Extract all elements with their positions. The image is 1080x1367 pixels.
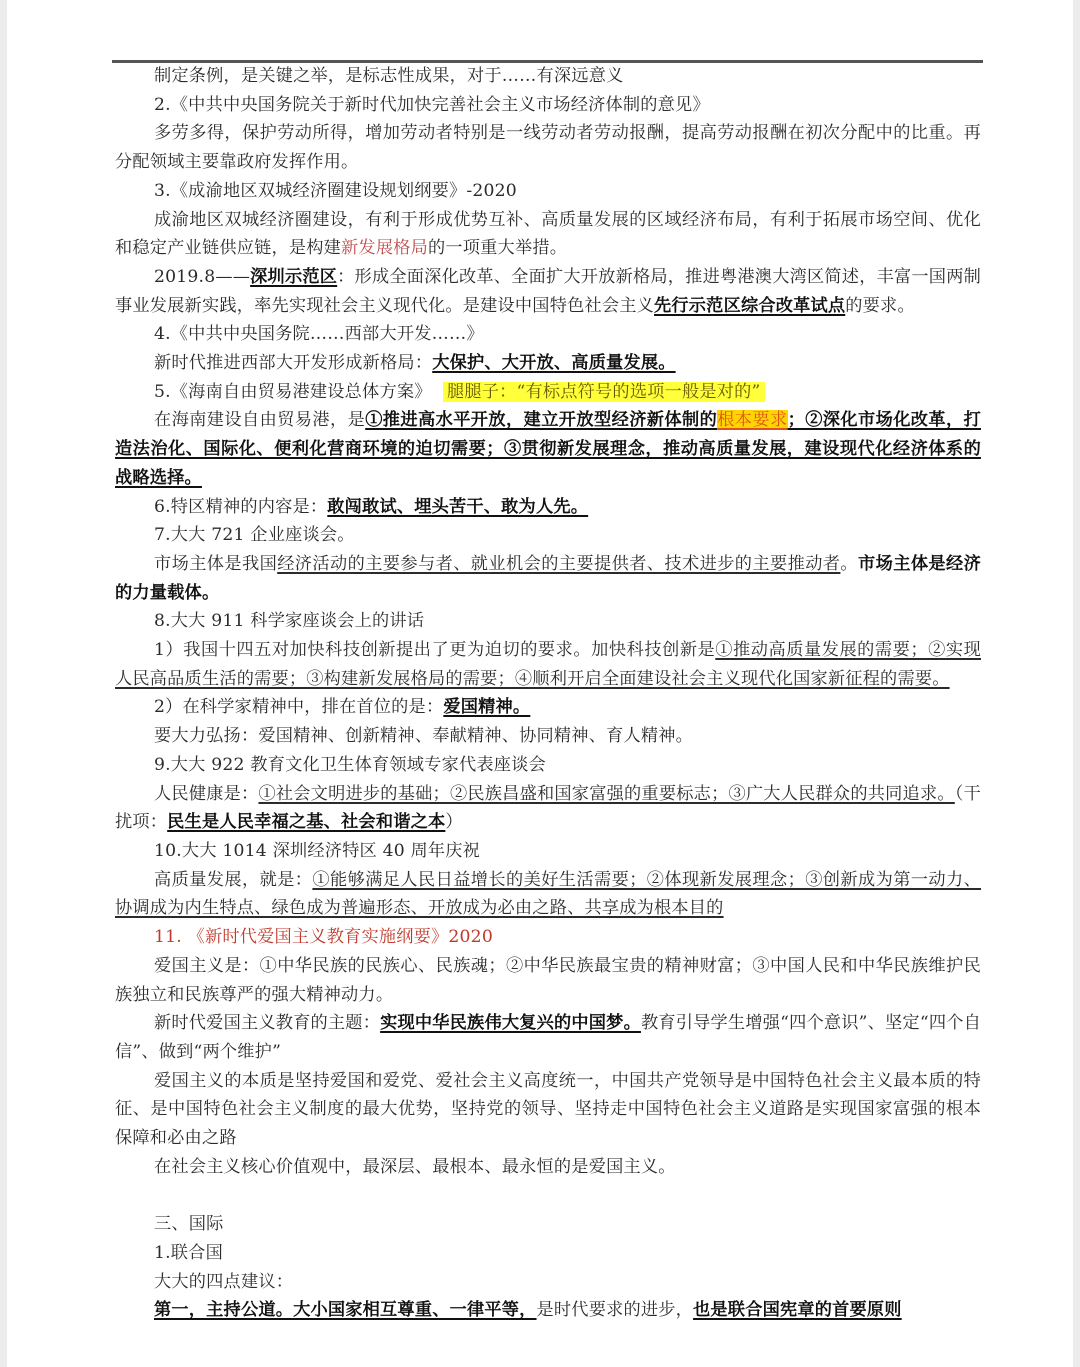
- underlined-bold-text: 大保护、大开放、高质量发展。: [432, 353, 675, 373]
- text: 高质量发展，就是：: [154, 870, 312, 890]
- item-heading-4: 4.《中共中央国务院……西部大开发……》: [115, 320, 981, 349]
- text: ）: [445, 812, 462, 832]
- paragraph: 多劳多得，保护劳动所得，增加劳动者特别是一线劳动者劳动报酬，提高劳动报酬在初次分…: [115, 119, 981, 176]
- text: 4.《中共中央国务院……西部大开发……》: [154, 324, 484, 344]
- text: 9.大大 922 教育文化卫生体育领域专家代表座谈会: [154, 755, 546, 775]
- text: 1）我国十四五对加快科技创新提出了更为迫切的要求。加快科技创新是: [154, 640, 715, 660]
- paragraph: 2019.8——深圳示范区：形成全面深化改革、全面扩大开放新格局，推进粤港澳大湾…: [115, 263, 981, 320]
- underlined-bold-text: 第一，主持公道。大小国家相互尊重、一律平等，: [154, 1300, 537, 1320]
- text: 爱国主义是：①中华民族的民族心、民族魂；②中华民族最宝贵的精神财富；③中国人民和…: [115, 956, 981, 1005]
- item-heading-7: 7.大大 721 企业座谈会。: [115, 521, 981, 550]
- item-heading-9: 9.大大 922 教育文化卫生体育领域专家代表座谈会: [115, 751, 981, 780]
- text: 3.《成渝地区双城经济圈建设规划纲要》-2020: [154, 181, 517, 201]
- red-heading-text: 11. 《新时代爱国主义教育实施纲要》2020: [154, 927, 493, 947]
- text: 的一项重大举措。: [428, 238, 567, 258]
- text: 1.联合国: [154, 1243, 223, 1263]
- text: 的要求。: [845, 296, 915, 316]
- underlined-bold-text: 敢闯敢试、埋头苦干、敢为人先。: [327, 497, 588, 517]
- text: 7.大大 721 企业座谈会。: [154, 525, 355, 545]
- orange-highlight-text: 根本要求: [717, 410, 787, 430]
- paragraph: 2）在科学家精神中，排在首位的是：爱国精神。: [115, 693, 981, 722]
- text: 人民健康是：: [154, 784, 258, 804]
- paragraph: 爱国主义是：①中华民族的民族心、民族魂；②中华民族最宝贵的精神财富；③中国人民和…: [115, 952, 981, 1009]
- text: 新时代爱国主义教育的主题：: [154, 1013, 380, 1033]
- paragraph: 新时代爱国主义教育的主题：实现中华民族伟大复兴的中国梦。教育引导学生增强“四个意…: [115, 1009, 981, 1066]
- section-heading: 三、国际: [115, 1210, 981, 1239]
- text: 5.《海南自由贸易港建设总体方案》: [154, 382, 432, 402]
- paragraph: 人民健康是：①社会文明进步的基础；②民族昌盛和国家富强的重要标志；③广大人民群众…: [115, 780, 981, 837]
- document-body: 制定条例，是关键之举，是标志性成果，对于……有深远意义 2.《中共中央国务院关于…: [115, 62, 981, 1325]
- blank-line: [115, 1181, 981, 1210]
- text: 2019.8——: [154, 267, 250, 287]
- item-heading-3: 3.《成渝地区双城经济圈建设规划纲要》-2020: [115, 177, 981, 206]
- paragraph: 市场主体是我国经济活动的主要参与者、就业机会的主要提供者、技术进步的主要推动者。…: [115, 550, 981, 607]
- text: 新时代推进西部大开发形成新格局：: [154, 353, 432, 373]
- paragraph: 制定条例，是关键之举，是标志性成果，对于……有深远意义: [115, 62, 981, 91]
- underlined-bold-text: ①推进高水平开放，建立开放型经济新体制的: [365, 410, 717, 430]
- text: 是时代要求的进步，: [537, 1300, 694, 1320]
- text: 6.特区精神的内容是：: [154, 497, 327, 517]
- item-heading-6: 6.特区精神的内容是：敢闯敢试、埋头苦干、敢为人先。: [115, 493, 981, 522]
- underlined-text: 经济活动的主要参与者、就业机会的主要提供者、技术进步的主要推动者: [277, 554, 840, 574]
- text: 在海南建设自由贸易港，是: [154, 410, 365, 430]
- paragraph: 高质量发展，就是：①能够满足人民日益增长的美好生活需要；②体现新发展理念；③创新…: [115, 866, 981, 923]
- text: 多劳多得，保护劳动所得，增加劳动者特别是一线劳动者劳动报酬，提高劳动报酬在初次分…: [115, 123, 981, 172]
- item-heading-8: 8.大大 911 科学家座谈会上的讲话: [115, 607, 981, 636]
- paragraph: 成渝地区双城经济圈建设，有利于形成优势互补、高质量发展的区域经济布局，有利于拓展…: [115, 206, 981, 263]
- item-heading-10: 10.大大 1014 深圳经济特区 40 周年庆祝: [115, 837, 981, 866]
- underlined-bold-text: 深圳示范区: [250, 267, 337, 287]
- underlined-bold-text: 先行示范区综合改革试点: [654, 296, 845, 316]
- text: 在社会主义核心价值观中，最深层、最根本、最永恒的是爱国主义。: [154, 1157, 676, 1177]
- paragraph: 在海南建设自由贸易港，是①推进高水平开放，建立开放型经济新体制的根本要求；②深化…: [115, 406, 981, 492]
- paragraph: 第一，主持公道。大小国家相互尊重、一律平等，是时代要求的进步，也是联合国宪章的首…: [115, 1296, 981, 1325]
- text: 2）在科学家精神中，排在首位的是：: [154, 697, 443, 717]
- paragraph: 爱国主义的本质是坚持爱国和爱党、爱社会主义高度统一，中国共产党领导是中国特色社会…: [115, 1067, 981, 1153]
- text: 三、国际: [154, 1214, 224, 1234]
- text: 制定条例，是关键之举，是标志性成果，对于……有深远意义: [154, 66, 623, 86]
- item-heading-2: 2.《中共中央国务院关于新时代加快完善社会主义市场经济体制的意见》: [115, 91, 981, 120]
- underlined-bold-text: 民生是人民幸福之基、社会和谐之本: [167, 812, 445, 832]
- text: 大大的四点建议：: [154, 1272, 293, 1292]
- text: 市场主体是我国: [154, 554, 277, 574]
- item-heading-11: 11. 《新时代爱国主义教育实施纲要》2020: [115, 923, 981, 952]
- text: 要大力弘扬：爱国精神、创新精神、奉献精神、协同精神、育人精神。: [154, 726, 693, 746]
- paragraph: 新时代推进西部大开发形成新格局：大保护、大开放、高质量发展。: [115, 349, 981, 378]
- text: 爱国主义的本质是坚持爱国和爱党、爱社会主义高度统一，中国共产党领导是中国特色社会…: [115, 1071, 981, 1148]
- item-heading-5: 5.《海南自由贸易港建设总体方案》 腿腿子：“有标点符号的选项一般是对的”: [115, 378, 981, 407]
- text: 8.大大 911 科学家座谈会上的讲话: [154, 611, 424, 631]
- underlined-bold-text: 实现中华民族伟大复兴的中国梦。: [380, 1013, 641, 1033]
- underlined-text: ①社会文明进步的基础；②民族昌盛和国家富强的重要标志；③广大人民群众的共同追求。: [258, 784, 954, 804]
- underlined-bold-text: 也是联合国宪章的首要原则: [693, 1300, 902, 1320]
- document-page: 制定条例，是关键之举，是标志性成果，对于……有深远意义 2.《中共中央国务院关于…: [7, 0, 1073, 1367]
- yellow-highlight-note: 腿腿子：“有标点符号的选项一般是对的”: [443, 382, 765, 402]
- text: 10.大大 1014 深圳经济特区 40 周年庆祝: [154, 841, 480, 861]
- text: 2.《中共中央国务院关于新时代加快完善社会主义市场经济体制的意见》: [154, 95, 710, 115]
- item-heading-1: 1.联合国: [115, 1239, 981, 1268]
- text: 。: [840, 554, 858, 574]
- underlined-bold-text: 爱国精神。: [443, 697, 530, 717]
- paragraph: 要大力弘扬：爱国精神、创新精神、奉献精神、协同精神、育人精神。: [115, 722, 981, 751]
- paragraph: 1）我国十四五对加快科技创新提出了更为迫切的要求。加快科技创新是①推动高质量发展…: [115, 636, 981, 693]
- paragraph: 在社会主义核心价值观中，最深层、最根本、最永恒的是爱国主义。: [115, 1153, 981, 1182]
- paragraph: 大大的四点建议：: [115, 1268, 981, 1297]
- red-highlight-text: 新发展格局: [341, 238, 428, 258]
